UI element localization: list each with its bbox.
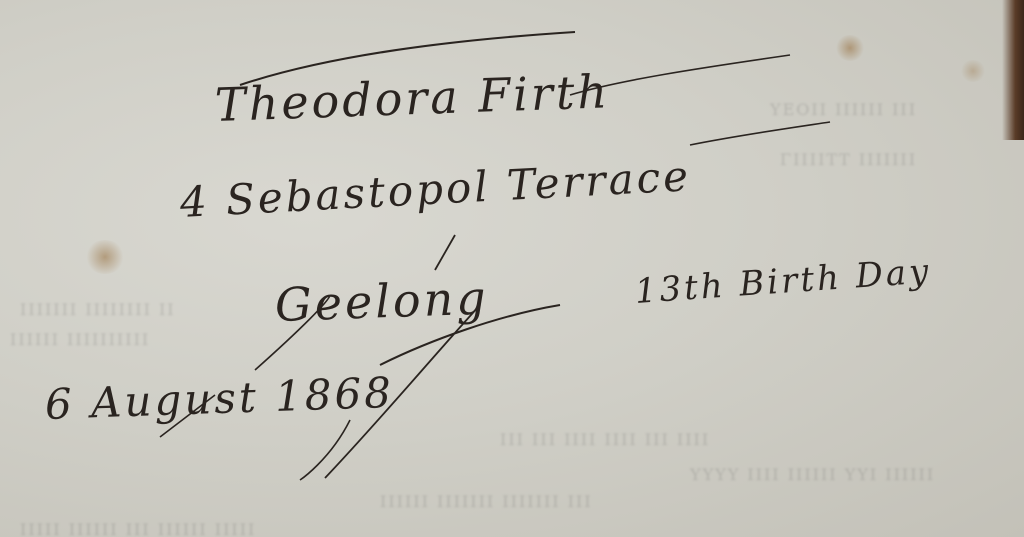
inscription-name: Theodora Firth — [214, 64, 611, 132]
book-page: ΥΕΟΙΙ ΙΙΙΙΙΙ ΙΙΙ ΓΙΙΙΙΤΤ ΙΙΙΙΙΙΙ ΙΙΙΙΙΙΙ… — [0, 0, 1024, 537]
inscription-place: Geelong — [274, 271, 489, 332]
inscription-address: 4 Sebastopol Terrace — [179, 151, 692, 227]
show-through-print: ΙΙΙΙΙΙΙ ΙΙΙΙΙΙΙΙ ΙΙ — [20, 300, 176, 319]
show-through-print: ΥΥΥΥ ΙΙΙΙ ΙΙΙΙΙΙ ΥΥΙ ΙΙΙΙΙΙ — [690, 465, 935, 484]
foxing-stain — [835, 35, 865, 61]
inscription-date: 6 August 1868 — [44, 368, 395, 429]
show-through-print: ΓΙΙΙΙΤΤ ΙΙΙΙΙΙΙ — [780, 150, 917, 169]
show-through-print: ΙΙΙΙΙΙ ΙΙΙΙΙΙΙ ΙΙΙΙΙΙΙ ΙΙΙ — [380, 492, 593, 511]
foxing-stain — [960, 60, 986, 82]
inscription-occasion: 13th Birth Day — [634, 251, 933, 312]
foxing-stain — [85, 240, 125, 274]
show-through-print: ΙΙΙΙΙ ΙΙΙΙΙΙ ΙΙΙ ΙΙΙΙΙΙ ΙΙΙΙΙ — [20, 520, 256, 537]
show-through-print: ΥΕΟΙΙ ΙΙΙΙΙΙ ΙΙΙ — [770, 100, 917, 119]
show-through-print: ΙΙΙΙΙΙ ΙΙΙΙΙΙΙΙΙΙ — [10, 330, 150, 349]
book-binding-edge — [1002, 0, 1024, 140]
show-through-print: ΙΙΙ ΙΙΙ ΙΙΙΙ ΙΙΙΙ ΙΙΙ ΙΙΙΙ — [500, 430, 710, 449]
